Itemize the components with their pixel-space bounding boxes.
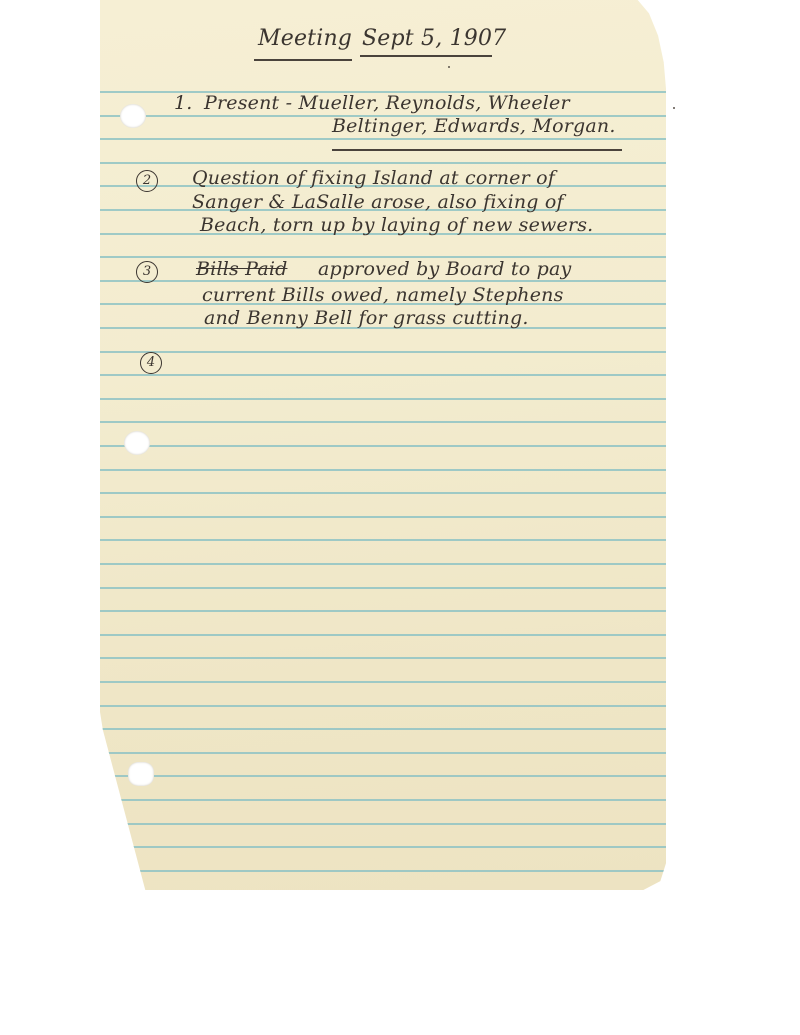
ruled-line: [100, 728, 666, 730]
lined-paper-sheet: Meeting Sept 5, 1907 1. Present - Muelle…: [100, 0, 666, 890]
ruled-line: [100, 563, 666, 565]
ruled-line: [100, 823, 666, 825]
meeting-date: Sept 5, 1907: [362, 26, 506, 51]
item-3-line-3: and Benny Bell for grass cutting.: [204, 307, 529, 329]
ruled-line: [100, 681, 666, 683]
ruled-line: [100, 634, 666, 636]
date-underline: [360, 55, 492, 57]
meeting-heading: Meeting: [258, 26, 352, 51]
item-3-struck-text: Bills Paid: [196, 258, 287, 280]
ruled-line: [100, 587, 666, 589]
item-3-line-1: approved by Board to pay: [318, 258, 571, 280]
ruled-line: [100, 752, 666, 754]
ruled-line: [100, 398, 666, 400]
ruled-line: [100, 799, 666, 801]
item-3-line-2: current Bills owed, namely Stephens: [202, 284, 564, 306]
ruled-line: [100, 657, 666, 659]
ink-speck: [448, 66, 450, 68]
ruled-line: [100, 516, 666, 518]
item-2-line-2: Sanger & LaSalle arose, also fixing of: [192, 191, 564, 213]
item-1-line-2: Beltinger, Edwards, Morgan.: [332, 115, 616, 137]
ruled-line: [100, 775, 666, 777]
ruled-line: [100, 162, 666, 164]
binder-hole: [120, 104, 146, 128]
item-2-number: 2: [136, 170, 158, 192]
item-2-line-1: Question of fixing Island at corner of: [192, 167, 555, 189]
binder-hole: [124, 431, 150, 455]
ruled-line: [100, 445, 666, 447]
ruled-line: [100, 610, 666, 612]
ruled-line: [100, 846, 666, 848]
item-1-underline: [332, 149, 622, 151]
ruled-line: [100, 870, 666, 872]
ruled-line: [100, 280, 666, 282]
ruled-line: [100, 469, 666, 471]
ruled-line: [100, 138, 666, 140]
heading-underline: [254, 59, 352, 61]
item-3-number: 3: [136, 261, 158, 283]
item-2-line-3: Beach, torn up by laying of new sewers.: [200, 214, 593, 236]
ruled-line: [100, 351, 666, 353]
ruled-line: [100, 374, 666, 376]
ruled-line: [100, 539, 666, 541]
item-1-number: 1.: [174, 92, 193, 114]
binder-hole: [128, 762, 154, 786]
item-4-number: 4: [140, 352, 162, 374]
item-1-line-1: Present - Mueller, Reynolds, Wheeler: [204, 92, 570, 114]
ruled-line: [100, 705, 666, 707]
ruled-line: [100, 421, 666, 423]
ink-speck: [673, 107, 675, 109]
ruled-line: [100, 492, 666, 494]
